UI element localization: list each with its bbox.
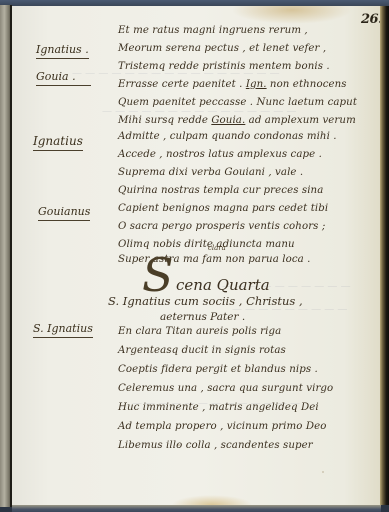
manuscript-page: — — — — — — — — — — — — — — — — — — — — … xyxy=(12,6,381,505)
speaker-name: S. Ignatius xyxy=(33,322,93,338)
speaker-name: Ignatius xyxy=(33,134,83,151)
verse-line: Suprema dixi verba Gouiani , vale . xyxy=(118,167,303,178)
verse-line: En clara Titan aureis polis riga xyxy=(118,326,281,337)
verse-line: Et me ratus magni ingruens rerum , xyxy=(118,25,308,36)
speaker-name: Ignatius . xyxy=(36,43,89,59)
scan-frame: — — — — — — — — — — — — — — — — — — — — … xyxy=(0,0,389,512)
verse-text: Errasse certe paenitet . xyxy=(118,79,242,90)
interlinear-correction: clara xyxy=(208,244,226,252)
scene-title-text: cena Quarta xyxy=(176,276,270,294)
verse-line: Capient benignos magna pars cedet tibi xyxy=(118,203,328,214)
foxing-spot xyxy=(322,471,324,473)
verse-line: Admitte , culpam quando condonas mihi . xyxy=(118,131,337,142)
bottom-page-edge xyxy=(12,505,381,512)
cast-list-line: S. Ignatius cum sociis , Christus , xyxy=(108,294,303,308)
verse-line: Errasse certe paenitet . Ign. non ethnoc… xyxy=(118,79,347,90)
verse-line: Ad templa propero , vicinum primo Deo xyxy=(118,421,327,432)
verse-line: Quem paenitet peccasse . Nunc laetum cap… xyxy=(118,97,357,108)
page-number: 26. xyxy=(361,12,381,27)
verse-line: Mihi sursq redde Gouia. ad amplexum veru… xyxy=(118,115,356,126)
verse-line: Argenteasq ducit in signis rotas xyxy=(118,345,286,356)
verse-line: Huc imminente , matris angelideq Dei xyxy=(118,402,319,413)
verse-line: Quirina nostras templa cur preces sina xyxy=(118,185,323,196)
verse-line: Coeptis fidera pergit et blandus nips . xyxy=(118,364,318,375)
inline-speaker: Ign. xyxy=(246,79,267,90)
verse-line: Libemus illo colla , scandentes super xyxy=(118,440,313,451)
decorated-initial: S xyxy=(142,252,174,298)
cast-list-line: aeternus Pater . xyxy=(160,311,245,323)
verse-line: Accede , nostros latus amplexus cape . xyxy=(118,149,322,160)
verse-text: Mihi sursq redde xyxy=(118,115,208,126)
verse-line: Celeremus una , sacra qua surgunt virgo xyxy=(118,383,333,394)
speaker-name: Gouianus xyxy=(38,205,90,221)
verse-line: O sacra pergo prosperis ventis cohors ; xyxy=(118,221,325,232)
verse-text: ad amplexum verum xyxy=(245,115,356,126)
right-page-edge xyxy=(380,6,389,505)
verse-line: Meorum serena pectus , et lenet vefer , xyxy=(118,43,326,54)
verse-text: non ethnocens xyxy=(267,79,347,90)
inline-speaker: Gouia. xyxy=(211,115,245,126)
speaker-name: Gouia . xyxy=(36,70,91,86)
verse-line: Tristemq redde pristinis mentem bonis . xyxy=(118,61,330,72)
